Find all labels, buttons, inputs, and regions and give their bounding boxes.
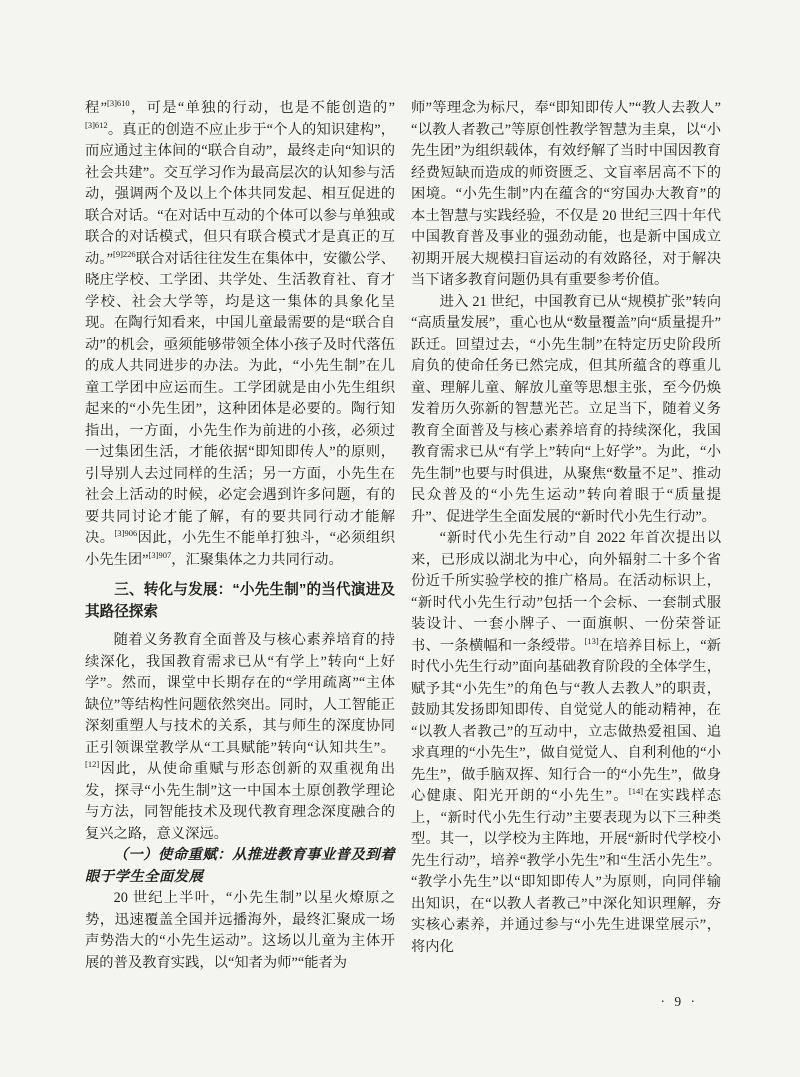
citation-ref: [3]612 [85,120,108,130]
citation-ref: [14] [629,786,643,796]
right-column: 师”等理念为标尺，奉“即知即传人”“教人去教人”“以教人者教己”等原创性教学智慧… [411,98,721,974]
citation-ref: [13] [585,636,599,646]
citation-ref: [3]610 [107,98,130,108]
paragraph-mission: 随着义务教育全面普及与核心素养培育的持续深化，我国教育需求已从“有学上”转向“上… [85,630,395,845]
page-number: · 9 · [661,994,699,1010]
citation-ref: [3]906 [115,528,138,538]
text-columns: 程”[3]610，可是“单独的行动，也是不能创造的”[3]612。真正的创造不应… [0,0,800,974]
document-page: 程”[3]610，可是“单独的行动，也是不能创造的”[3]612。真正的创造不应… [0,0,800,1077]
paragraph-21st-century: 进入 21 世纪，中国教育已从“规模扩张”转向“高质量发展”，重心也从“数量覆盖… [411,292,721,529]
paragraph-joint-action: 程”[3]610，可是“单独的行动，也是不能创造的”[3]612。真正的创造不应… [85,98,395,571]
subsection-heading-one: （一）使命重赋：从推进教育事业普及到着眼于学生全面发展 [85,845,395,888]
citation-ref: [9]226 [113,249,136,259]
paragraph-20th-century: 20 世纪上半叶，“小先生制”以星火燎原之势，迅速覆盖全国并远播海外，最终汇聚成… [85,888,395,974]
citation-ref: [3]907 [149,550,172,560]
section-heading-three: 三、转化与发展：“小先生制”的当代演进及其路径探索 [85,580,395,623]
citation-ref: [12] [85,759,99,769]
left-column: 程”[3]610，可是“单独的行动，也是不能创造的”[3]612。真正的创造不应… [85,98,395,974]
paragraph-new-era-action: “新时代小先生行动”自 2022 年首次提出以来，已形成以湖北为中心，向外辐射二… [411,528,721,958]
paragraph-teacher-principles: 师”等理念为标尺，奉“即知即传人”“教人去教人”“以教人者教己”等原创性教学智慧… [411,98,721,292]
